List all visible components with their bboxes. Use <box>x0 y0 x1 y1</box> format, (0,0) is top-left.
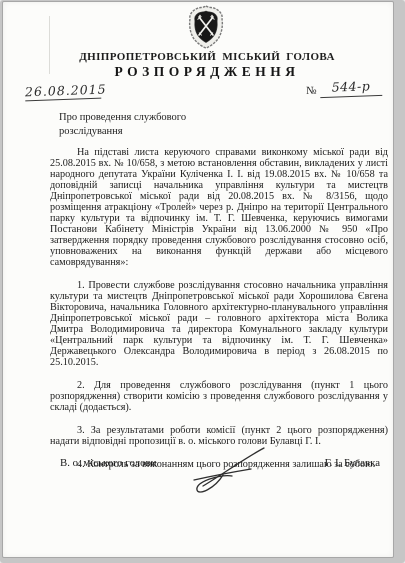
number-sign: № <box>306 85 317 97</box>
preamble-paragraph: На підставі листа керуючого справами вик… <box>50 147 388 268</box>
signatory-name: Г. І. Булавка <box>325 457 380 469</box>
subject-line-2: розслідування <box>59 125 279 139</box>
order-item-3: 3. За результатами роботи комісії (пункт… <box>50 425 388 447</box>
signature-icon <box>188 446 270 498</box>
authority-title: ДНІПРОПЕТРОВСЬКИЙ МІСЬКИЙ ГОЛОВА <box>21 51 393 63</box>
order-item-1: 1. Провести службове розслідування стосо… <box>50 280 388 368</box>
date-handwritten: 26.08.2015 <box>25 82 102 102</box>
scanned-document: ДНІПРОПЕТРОВСЬКИЙ МІСЬКИЙ ГОЛОВА РОЗПОРЯ… <box>0 0 405 563</box>
document-page: ДНІПРОПЕТРОВСЬКИЙ МІСЬКИЙ ГОЛОВА РОЗПОРЯ… <box>2 1 394 558</box>
subject-line-1: Про проведення службового <box>59 111 279 125</box>
subject-block: Про проведення службового розслідування <box>59 111 279 139</box>
number-handwritten: 544-р <box>320 78 383 98</box>
signature-block: В. о. міського голови Г. І. Булавка <box>50 454 388 502</box>
signatory-position: В. о. міського голови <box>60 457 156 469</box>
document-body: На підставі листа керуючого справами вик… <box>50 147 388 482</box>
order-item-2: 2. Для проведення службового розслідуван… <box>50 380 388 413</box>
document-type-title: РОЗПОРЯДЖЕННЯ <box>21 64 393 80</box>
coat-of-arms-icon <box>187 5 225 49</box>
